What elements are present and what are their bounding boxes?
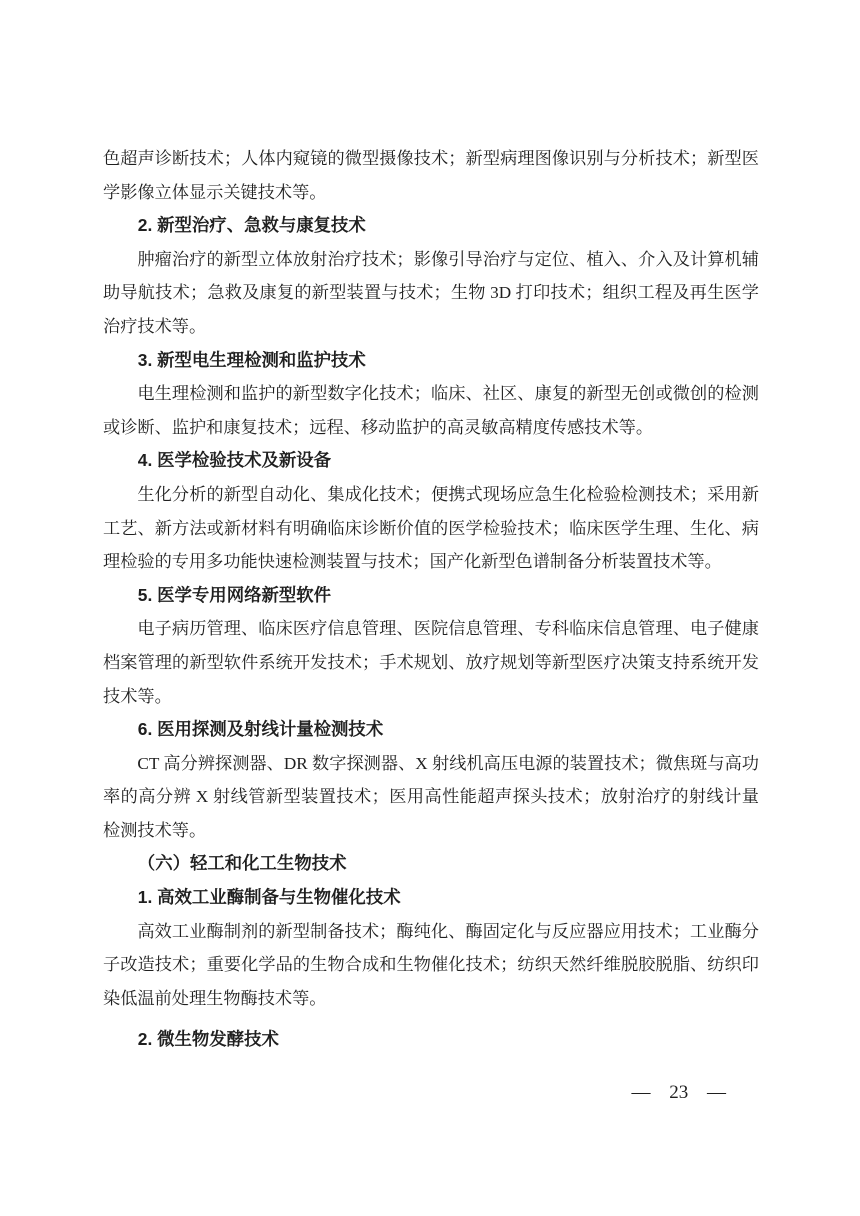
- body-paragraph: 肿瘤治疗的新型立体放射治疗技术；影像引导治疗与定位、植入、介入及计算机辅助导航技…: [103, 243, 759, 344]
- numbered-heading: 2. 新型治疗、急救与康复技术: [103, 209, 759, 243]
- numbered-heading: 1. 高效工业酶制备与生物催化技术: [103, 881, 759, 915]
- section-heading: （六）轻工和化工生物技术: [103, 847, 759, 881]
- numbered-heading: 2. 微生物发酵技术: [103, 1023, 759, 1057]
- body-paragraph: CT 高分辨探测器、DR 数字探测器、X 射线机高压电源的装置技术；微焦斑与高功…: [103, 747, 759, 848]
- body-paragraph: 色超声诊断技术；人体内窥镜的微型摄像技术；新型病理图像识别与分析技术；新型医学影…: [103, 142, 759, 209]
- body-paragraph: 高效工业酶制剂的新型制备技术；酶纯化、酶固定化与反应器应用技术；工业酶分子改造技…: [103, 915, 759, 1016]
- body-paragraph: 生化分析的新型自动化、集成化技术；便携式现场应急生化检验检测技术；采用新工艺、新…: [103, 478, 759, 579]
- page-number: — 23 —: [632, 1082, 727, 1104]
- document-page: 色超声诊断技术；人体内窥镜的微型摄像技术；新型病理图像识别与分析技术；新型医学影…: [0, 0, 860, 1216]
- numbered-heading: 3. 新型电生理检测和监护技术: [103, 344, 759, 378]
- numbered-heading: 6. 医用探测及射线计量检测技术: [103, 713, 759, 747]
- body-paragraph: 电子病历管理、临床医疗信息管理、医院信息管理、专科临床信息管理、电子健康档案管理…: [103, 612, 759, 713]
- numbered-heading: 4. 医学检验技术及新设备: [103, 444, 759, 478]
- body-paragraph: 电生理检测和监护的新型数字化技术；临床、社区、康复的新型无创或微创的检测或诊断、…: [103, 377, 759, 444]
- numbered-heading: 5. 医学专用网络新型软件: [103, 579, 759, 613]
- page-content: 色超声诊断技术；人体内窥镜的微型摄像技术；新型病理图像识别与分析技术；新型医学影…: [103, 142, 759, 1057]
